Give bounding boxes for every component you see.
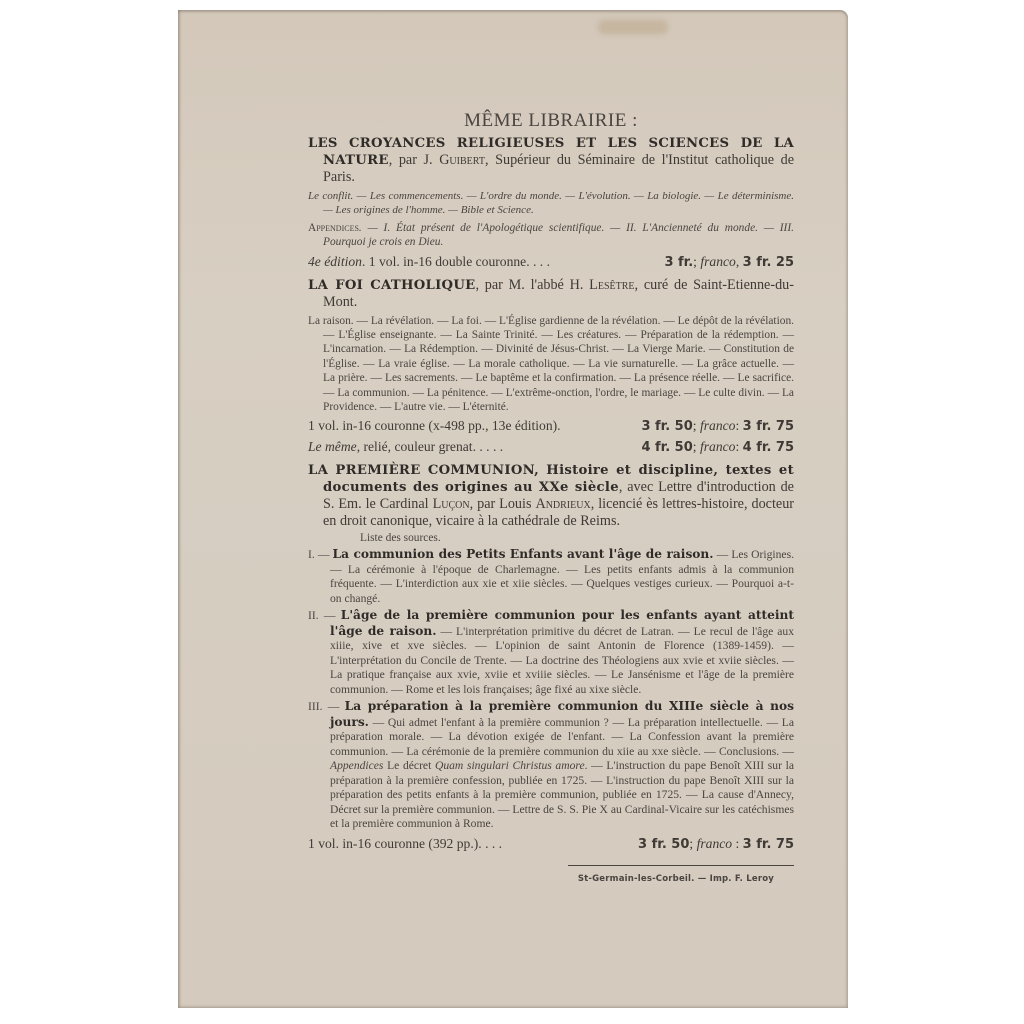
- section-iii: III. — La préparation à la première comm…: [308, 699, 794, 832]
- variant: Le même, relié, couleur grenat. . . . .: [308, 438, 503, 456]
- book-heading: LA FOI CATHOLIQUE, par M. l'abbé H. Lesê…: [308, 277, 794, 311]
- printer-imprint: St-Germain-les-Corbeil. — Imp. F. Leroy: [308, 874, 774, 884]
- divider-rule: [568, 865, 794, 866]
- appendices-label: Appendices: [330, 759, 383, 772]
- book-appendices: Appendices. — I. État présent de l'Apolo…: [308, 221, 794, 250]
- price-value: 3 fr. 50: [638, 837, 689, 852]
- section-number: I. —: [308, 548, 329, 561]
- format-text: 1 vol. in-16 couronne (392 pp.). . . .: [308, 835, 502, 853]
- book-contents: Le conflit. — Les commencements. — L'ord…: [308, 189, 794, 218]
- price-value: 3 fr. 50: [641, 419, 692, 434]
- franco-price: 3 fr. 25: [743, 255, 794, 270]
- book-entry-foi-catholique: LA FOI CATHOLIQUE, par M. l'abbé H. Lesê…: [308, 277, 794, 457]
- book-heading: LA PREMIÈRE COMMUNION, Histoire et disci…: [308, 462, 794, 530]
- edition: 4e édition: [308, 254, 362, 269]
- section-text: — Qui admet l'enfant à la première commu…: [330, 716, 794, 758]
- author-name: Guibert: [439, 152, 485, 168]
- franco-label: franco: [697, 836, 733, 851]
- format-text: . 1 vol. in-16 double couronne. . . .: [362, 254, 550, 269]
- byline: , par J.: [389, 152, 439, 168]
- section-ii: II. — L'âge de la première communion pou…: [308, 608, 794, 697]
- variant-label: Le même: [308, 439, 357, 454]
- sources-line: Liste des sources.: [360, 531, 794, 545]
- franco-price: 3 fr. 75: [743, 837, 794, 852]
- price-value: 4 fr. 50: [641, 440, 692, 455]
- section-number: III. —: [308, 700, 339, 713]
- decree-title: Quam singulari Christus amore: [435, 759, 585, 772]
- price: 4 fr. 50; franco: 4 fr. 75: [641, 438, 794, 456]
- franco-price: 4 fr. 75: [743, 440, 794, 455]
- author-name: Lesêtre: [589, 277, 634, 293]
- price: 3 fr. 50; franco : 3 fr. 75: [638, 835, 794, 853]
- section-number: II. —: [308, 609, 335, 622]
- price: 3 fr.; franco, 3 fr. 25: [664, 253, 794, 271]
- franco-price: 3 fr. 75: [743, 419, 794, 434]
- book-entry-croyances: LES CROYANCES RELIGIEUSES ET LES SCIENCE…: [308, 135, 794, 271]
- appendices-pre: Le décret: [383, 759, 435, 772]
- page-title: MÊME LIBRAIRIE :: [308, 110, 794, 132]
- book-entry-premiere-communion: LA PREMIÈRE COMMUNION, Histoire et disci…: [308, 462, 794, 853]
- format-text: 1 vol. in-16 couronne (x-498 pp., 13e éd…: [308, 417, 561, 435]
- price-line: 4e édition. 1 vol. in-16 double couronne…: [308, 253, 794, 271]
- appendices-list: . — I. État présent de l'Apologétique sc…: [323, 222, 794, 248]
- franco-label: franco: [700, 254, 736, 269]
- price-value: 3 fr.: [664, 255, 693, 270]
- section-heading: La communion des Petits Enfants avant l'…: [333, 547, 714, 561]
- price: 3 fr. 50; franco: 3 fr. 75: [641, 417, 794, 435]
- catalog-column: MÊME LIBRAIRIE : LES CROYANCES RELIGIEUS…: [308, 110, 794, 884]
- cardinal-name: Luçon: [433, 496, 470, 512]
- author-name: Andrieux: [535, 496, 590, 512]
- book-title: LA FOI CATHOLIQUE: [308, 278, 475, 293]
- book-heading: LES CROYANCES RELIGIEUSES ET LES SCIENCE…: [308, 135, 794, 186]
- paper-stain: [598, 20, 668, 34]
- appendices-label: Appendices: [308, 222, 359, 234]
- franco-label: franco: [700, 418, 736, 433]
- byline: , par M. l'abbé H.: [475, 277, 589, 293]
- franco-label: franco: [700, 439, 736, 454]
- variant-text: , relié, couleur grenat. . . . .: [357, 439, 503, 454]
- section-i: I. — La communion des Petits Enfants ava…: [308, 547, 794, 606]
- price-line-bound: Le même, relié, couleur grenat. . . . . …: [308, 438, 794, 456]
- byline-mid: , par Louis: [470, 496, 536, 512]
- price-line: 1 vol. in-16 couronne (392 pp.). . . . 3…: [308, 835, 794, 853]
- price-line: 1 vol. in-16 couronne (x-498 pp., 13e éd…: [308, 417, 794, 435]
- book-contents: La raison. — La révélation. — La foi. — …: [308, 314, 794, 415]
- format: 4e édition. 1 vol. in-16 double couronne…: [308, 253, 550, 271]
